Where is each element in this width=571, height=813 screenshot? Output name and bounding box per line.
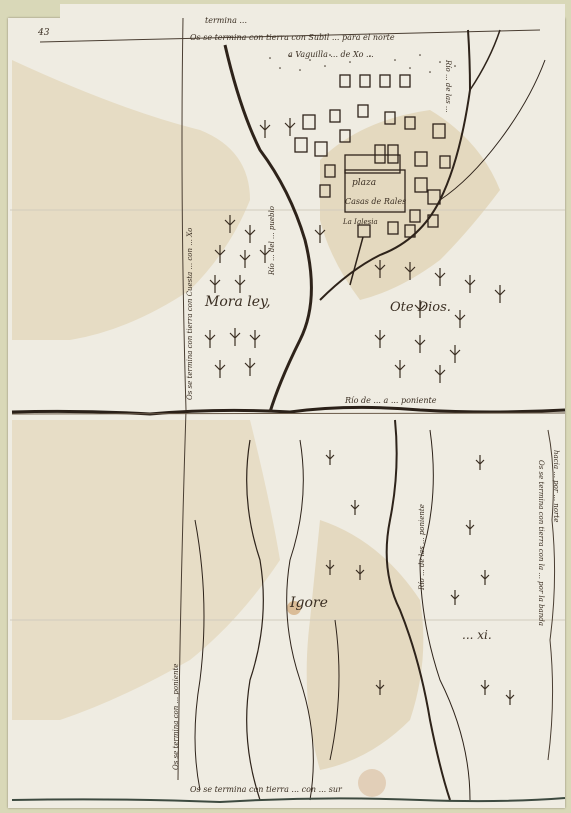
label-iglesia: La Iglesia xyxy=(343,218,378,226)
stain-areas xyxy=(12,60,500,797)
label-south-east-mark: ... xi. xyxy=(462,628,492,642)
label-west-field: Mora ley, xyxy=(205,294,271,310)
label-east-river-north: Río ... de las ... xyxy=(444,60,452,113)
page-number: 43 xyxy=(38,28,49,38)
label-east-field: Ote Dios. xyxy=(390,300,451,315)
map-drawing xyxy=(0,0,571,813)
label-east-river-south: Río ... de las ... poniente xyxy=(418,504,426,590)
label-top-boundary: Os se termina con tierra con Subil ... p… xyxy=(190,33,395,42)
label-south-field: Igore xyxy=(290,595,328,611)
label-middle-fold: Río de ... a ... poniente xyxy=(345,396,436,405)
label-west-margin-south: Os se termina con ... poniente xyxy=(172,664,180,770)
label-plaza: plaza xyxy=(352,178,376,188)
label-casas-reales: Casas de Rales xyxy=(345,197,406,206)
label-east-margin-2: hacia ... por ... norte xyxy=(552,450,560,522)
label-bottom-boundary: Os se termina con tierra ... con ... sur xyxy=(190,785,342,794)
label-center-river: Río ... del ... pueblo xyxy=(268,206,276,275)
bottom-boundary-line xyxy=(12,798,565,802)
label-west-margin-north: Os se termina con tierra con Cuesta ... … xyxy=(186,228,194,400)
label-dotted-area: a Vaguilla ... de Xo ... xyxy=(288,50,374,59)
label-top-margin: termina ... xyxy=(205,16,247,25)
label-east-margin: Os se termina con tierra con la ... por … xyxy=(537,460,545,626)
